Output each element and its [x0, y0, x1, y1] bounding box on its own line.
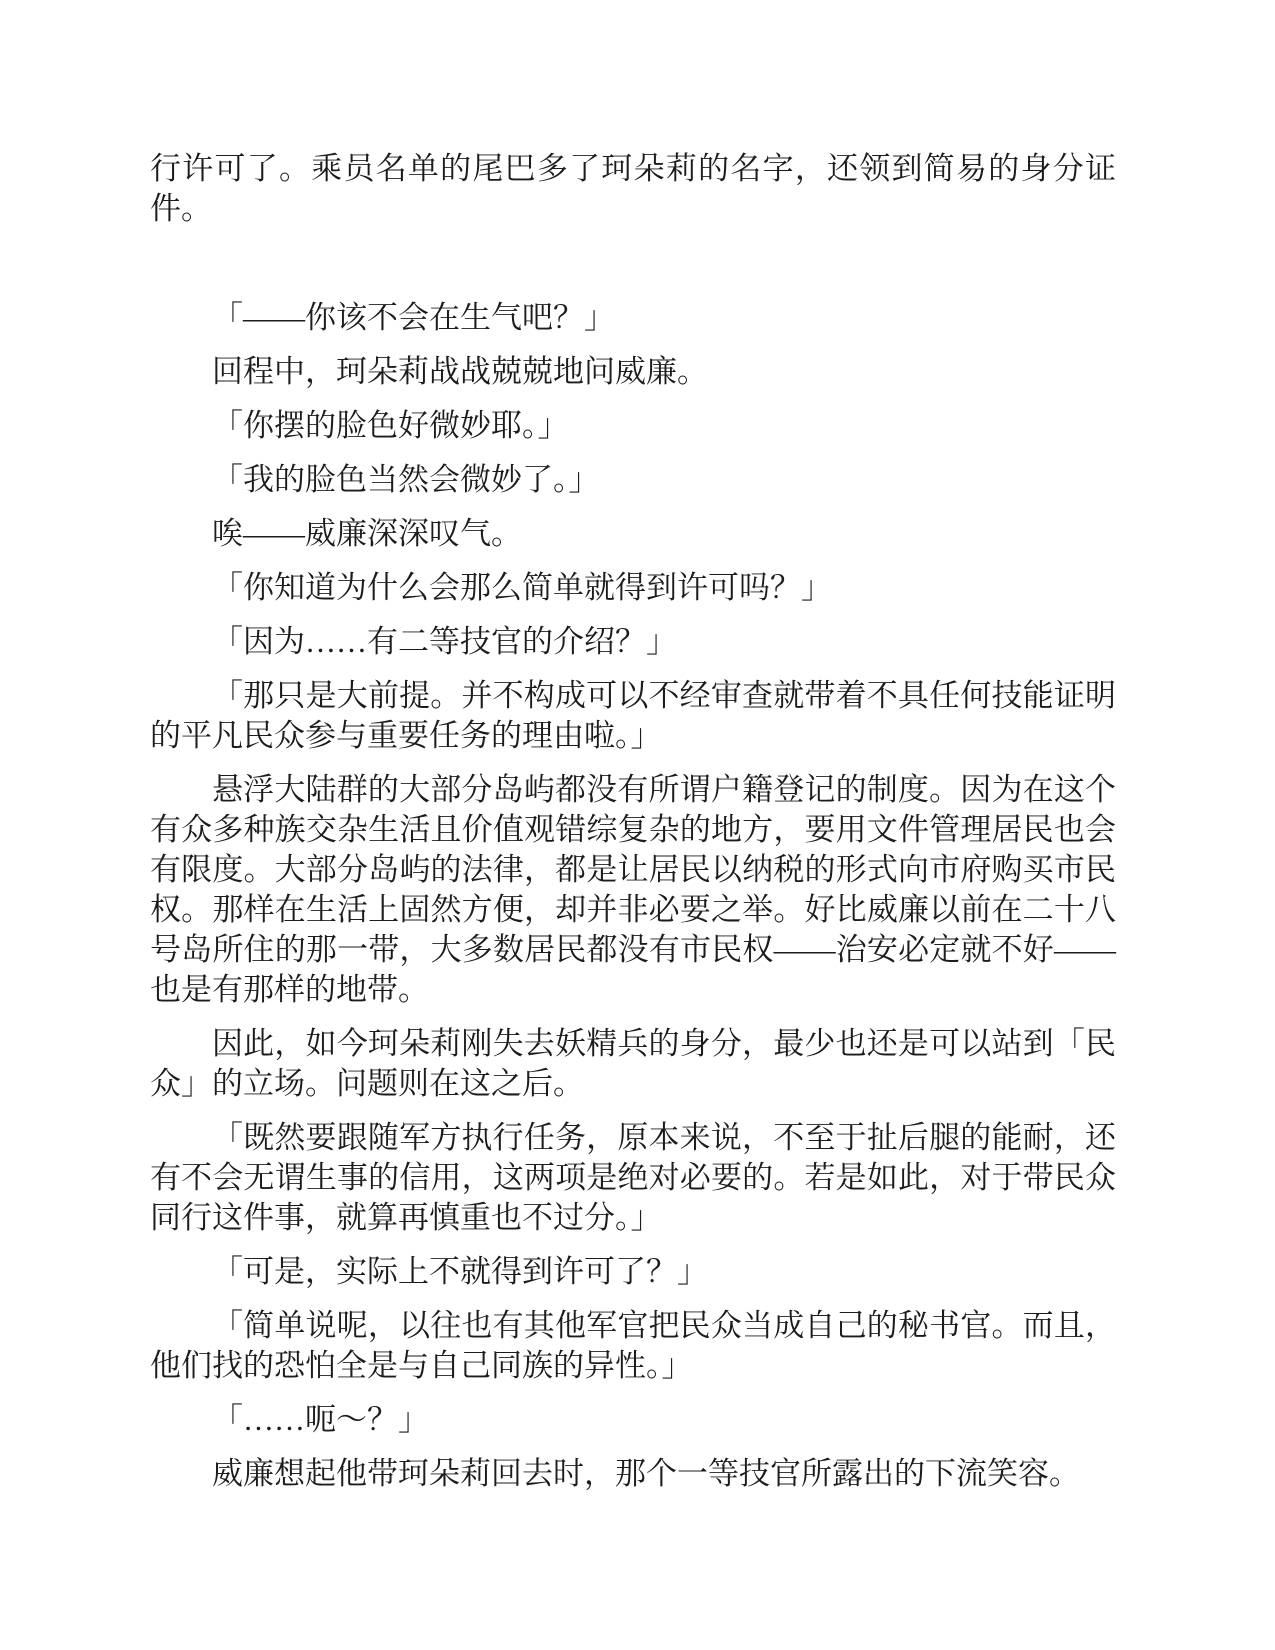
paragraph-10: 悬浮大陆群的大部分岛屿都没有所谓户籍登记的制度。因为在这个有众多种族交杂生活且价…	[150, 770, 1116, 1010]
paragraph-07: 「你知道为什么会那么简单就得到许可吗？」	[150, 568, 1116, 608]
paragraph-01: 行许可了。乘员名单的尾巴多了珂朵莉的名字，还领到简易的身分证件。	[150, 149, 1116, 229]
paragraph-03: 回程中，珂朵莉战战兢兢地问威廉。	[150, 352, 1116, 392]
paragraph-06: 唉——威廉深深叹气。	[150, 514, 1116, 554]
paragraph-05: 「我的脸色当然会微妙了。」	[150, 460, 1116, 500]
paragraph-16: 威廉想起他带珂朵莉回去时，那个一等技官所露出的下流笑容。	[150, 1454, 1116, 1494]
paragraph-12: 「既然要跟随军方执行任务，原本来说，不至于扯后腿的能耐，还有不会无谓生事的信用，…	[150, 1118, 1116, 1238]
paragraph-04: 「你摆的脸色好微妙耶。」	[150, 406, 1116, 446]
paragraph-02: 「——你该不会在生气吧？」	[150, 298, 1116, 338]
paragraph-15: 「……呃～？」	[150, 1400, 1116, 1440]
paragraph-09: 「那只是大前提。并不构成可以不经审查就带着不具任何技能证明的平凡民众参与重要任务…	[150, 676, 1116, 756]
book-page: 行许可了。乘员名单的尾巴多了珂朵莉的名字，还领到简易的身分证件。 「——你该不会…	[150, 149, 1116, 1508]
paragraph-13: 「可是，实际上不就得到许可了？」	[150, 1252, 1116, 1292]
paragraph-08: 「因为……有二等技官的介绍？」	[150, 622, 1116, 662]
paragraph-14: 「简单说呢，以往也有其他军官把民众当成自己的秘书官。而且，他们找的恐怕全是与自己…	[150, 1306, 1116, 1386]
scene-break-spacer	[150, 243, 1116, 298]
paragraph-11: 因此，如今珂朵莉刚失去妖精兵的身分，最少也还是可以站到「民众」的立场。问题则在这…	[150, 1024, 1116, 1104]
